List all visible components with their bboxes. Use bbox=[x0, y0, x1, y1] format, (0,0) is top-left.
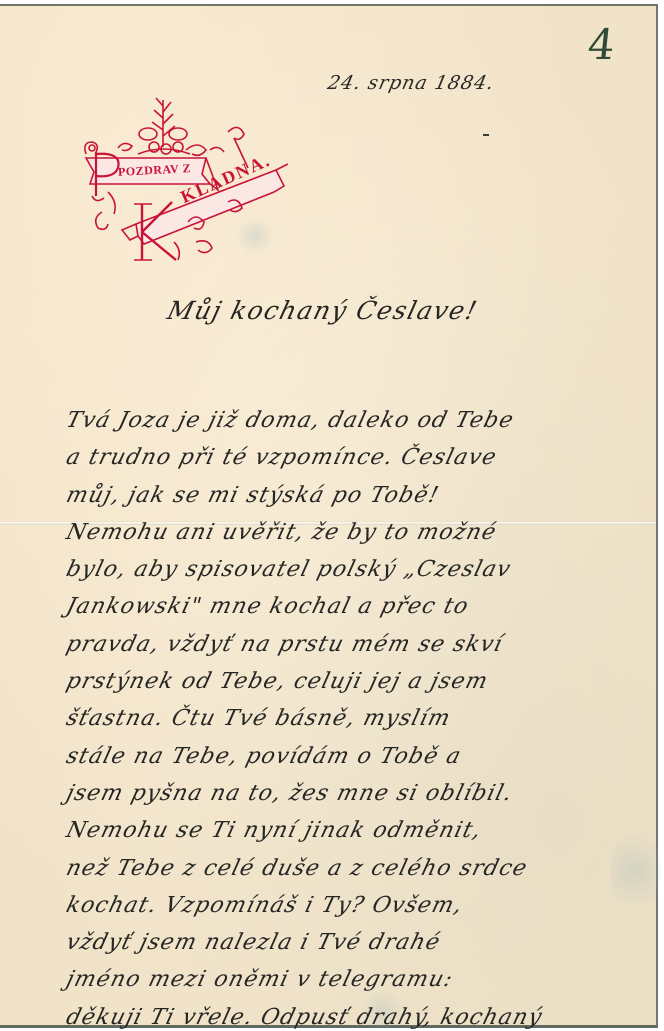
letterhead-emblem: POZDRAV Z KLADNA. bbox=[78, 92, 288, 264]
letter-salutation: Můj kochaný Česlave! bbox=[164, 296, 481, 325]
letter-body: Tvá Joza je již doma, daleko od Tebe a t… bbox=[62, 402, 652, 1031]
letter-line: můj, jak se mi stýská po Tobě! bbox=[62, 477, 661, 514]
letter-line: jsem pyšna na to, žes mne si oblíbil. bbox=[62, 775, 661, 812]
letter-line: Tvá Joza je již doma, daleko od Tebe bbox=[62, 402, 661, 439]
letter-line: než Tebe z celé duše a z celého srdce bbox=[62, 850, 661, 887]
letter-line: a trudno při té vzpomínce. Česlave bbox=[62, 439, 661, 476]
letter-line: pravda, vždyť na prstu mém se skví bbox=[62, 626, 661, 663]
letter-line: šťastna. Čtu Tvé básně, myslím bbox=[62, 700, 661, 737]
scan-frame: 4 24. srpna 1884. bbox=[0, 0, 664, 1031]
letter-line: kochat. Vzpomínáš i Ty? Ovšem, bbox=[62, 887, 661, 924]
letter-line: vždyť jsem nalezla i Tvé drahé bbox=[62, 924, 661, 961]
letter-line: jméno mezi oněmi v telegramu: bbox=[62, 961, 661, 998]
letter-paper: 4 24. srpna 1884. bbox=[0, 4, 658, 1028]
ink-mark bbox=[483, 134, 489, 136]
letter-line: Nemohu ani uvěřit, že by to možné bbox=[62, 514, 661, 551]
ornament-icon bbox=[78, 92, 288, 264]
letter-line: děkuji Ti vřele. Odpusť drahý, kochaný bbox=[62, 999, 661, 1031]
letter-line: stále na Tebe, povídám o Tobě a bbox=[62, 738, 661, 775]
letter-date: 24. srpna 1884. bbox=[326, 72, 497, 94]
letter-line: Jankowski" mne kochal a přec to bbox=[62, 588, 661, 625]
letter-line: prstýnek od Tebe, celuji jej a jsem bbox=[62, 663, 661, 700]
letter-line: Nemohu se Ti nyní jinak odměnit, bbox=[62, 812, 661, 849]
page-number: 4 bbox=[586, 24, 617, 66]
letter-line: bylo, aby spisovatel polský „Czeslav bbox=[62, 551, 661, 588]
